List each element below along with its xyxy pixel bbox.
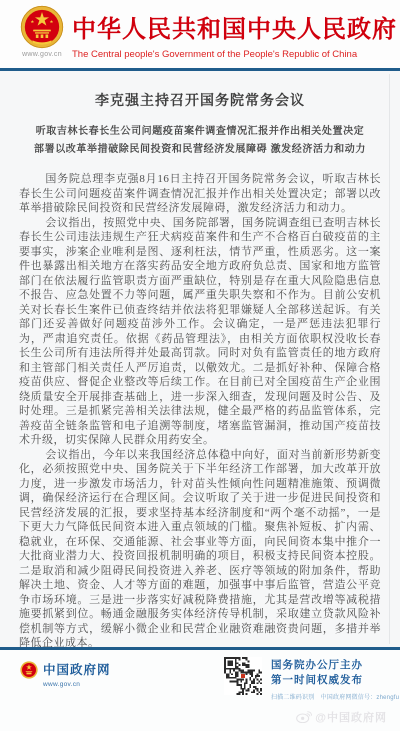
article-paragraph: 会议指出，按照党中央、国务院部署，国务院调查组已查明吉林长春长生公司违法违规生产… [19, 216, 381, 448]
weibo-watermark: @中国政府网 [296, 709, 387, 725]
footer-site-name[interactable]: 中国政府网 [43, 660, 111, 678]
site-header: www.gov.cn 中华人民共和国中央人民政府 The Central peo… [0, 0, 400, 71]
footer-host-line2: 第一时间权威发布 [271, 673, 363, 688]
article-main: 李克强主持召开国务院常务会议 听取吉林长春长生公司问题疫苗案件调查情况汇报并作出… [0, 90, 400, 665]
national-emblem-icon [20, 5, 64, 49]
footer-brand[interactable]: 中国政府网 www.gov.cn [20, 660, 111, 688]
article-paragraph: 国务院总理李克强8月16日主持召开国务院常务会议，听取吉林长春长生公司问题疫苗案… [19, 172, 381, 216]
gov-article-page: www.gov.cn 中华人民共和国中央人民政府 The Central peo… [0, 0, 400, 731]
site-footer: 中国政府网 www.gov.cn 国务院办公厅主办 第一时间权威发布 扫描二维码… [0, 647, 400, 731]
article-subtitle-1: 听取吉林长春长生公司问题疫苗案件调查情况汇报并作出相关处置决定 [19, 123, 381, 141]
article-body: 国务院总理李克强8月16日主持召开国务院常务会议，听取吉林长春长生公司问题疫苗案… [19, 172, 381, 665]
page-edge-divider [389, 74, 390, 644]
site-title-en: The Central people's Government of the P… [72, 49, 382, 60]
article-paragraph: 会议指出，今年以来我国经济总体稳中向好，面对当前新形势新变化，必须按照党中央、国… [19, 448, 381, 651]
article-subtitle-2: 部署以改革举措破除民间投资和民营经济发展障碍 激发经济活力和动力 [19, 141, 381, 159]
article-subtitles: 听取吉林长春长生公司问题疫苗案件调查情况汇报并作出相关处置决定 部署以改革举措破… [19, 123, 381, 159]
weibo-icon [296, 711, 312, 723]
footer-site-url: www.gov.cn [43, 681, 111, 688]
article-title: 李克强主持召开国务院常务会议 [19, 90, 381, 110]
site-title-cn[interactable]: 中华人民共和国中央人民政府 [72, 9, 382, 44]
footer-emblem-icon [20, 661, 38, 679]
footer-host-block: 国务院办公厅主办 第一时间权威发布 [271, 658, 363, 688]
header-site-url: www.gov.cn [18, 51, 66, 58]
header-brand[interactable]: www.gov.cn [18, 5, 66, 58]
footer-host-line1: 国务院办公厅主办 [271, 658, 363, 673]
watermark-text: @中国政府网 [315, 709, 387, 725]
qr-code [224, 657, 262, 695]
qr-caption: 扫描二维码识别 中国政府网微信号：zhengfu [271, 692, 396, 701]
